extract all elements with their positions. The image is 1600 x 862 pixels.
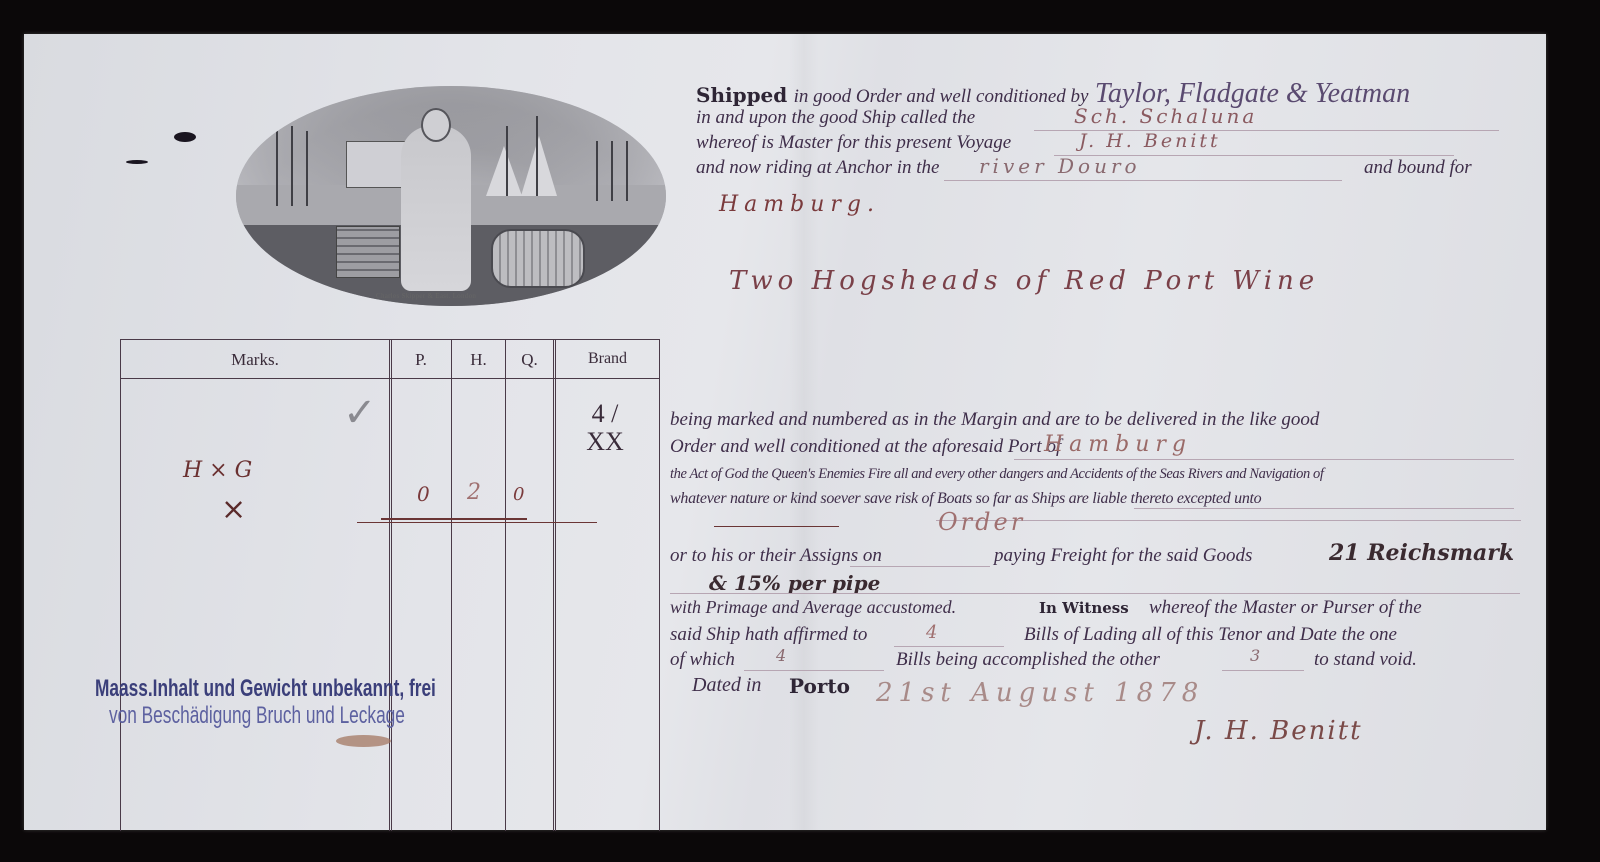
mark-line-2: × — [221, 492, 246, 527]
header-p: P. — [391, 350, 451, 370]
qty-h: 2 — [467, 480, 481, 505]
bills-count: 4 — [926, 622, 937, 643]
header-brand: Brand — [556, 350, 659, 368]
stain — [336, 735, 391, 747]
anchor-place: river Douro — [979, 154, 1141, 178]
in-witness-heading: In Witness — [1039, 599, 1129, 617]
header-q: Q. — [506, 350, 553, 370]
ship-name: Sch. Schaluna — [1074, 104, 1257, 128]
engraving-vignette — [236, 86, 666, 306]
stamp-line-2: von Beschädigung Bruch und Leckage — [109, 702, 405, 730]
freight-rate: 21 Reichsmark — [1329, 540, 1514, 566]
barrel-illustration — [491, 229, 585, 288]
delivery-port: Hamburg — [1044, 432, 1192, 457]
crate-illustration — [336, 226, 400, 278]
punch-hole — [126, 160, 148, 164]
shipped-heading: Shipped — [696, 83, 787, 107]
issue-date: 21st August 1878 — [876, 678, 1204, 708]
signature: J. H. Benitt — [1194, 716, 1363, 746]
brand-mark: 4 / XX — [575, 400, 635, 456]
freight-extra: & 15% per pipe — [709, 571, 880, 595]
header-h: H. — [452, 350, 505, 370]
qty-p: 0 — [417, 482, 430, 506]
goods-description: Two Hogsheads of Red Port Wine — [729, 266, 1319, 296]
header-marks: Marks. — [121, 350, 389, 370]
consignee: Order — [938, 508, 1025, 536]
marks-table: Marks. P. H. Q. Brand ✓ H × G × 0 2 0 4 … — [120, 339, 660, 831]
stamp-line-1: Maass.Inhalt und Gewicht unbekannt, frei — [95, 675, 436, 703]
bill-of-lading-paper: Charles Skipper & East. London Marks. P.… — [24, 34, 1546, 830]
qty-q: 0 — [513, 484, 524, 505]
castle-illustration — [346, 141, 408, 188]
check-mark: ✓ — [343, 390, 377, 436]
seated-figure-illustration — [401, 126, 471, 291]
engraver-imprint: Charles Skipper & East. London — [376, 292, 476, 300]
punch-hole — [174, 132, 196, 142]
sailing-ship-illustration — [486, 146, 522, 196]
dated-place: Porto — [789, 674, 850, 698]
master-name: J. H. Benitt — [1079, 130, 1221, 152]
bills-void: 3 — [1250, 646, 1260, 665]
destination: Hamburg. — [719, 192, 880, 217]
mark-line-1: H × G — [183, 458, 252, 483]
bills-accomplished: 4 — [776, 646, 786, 665]
